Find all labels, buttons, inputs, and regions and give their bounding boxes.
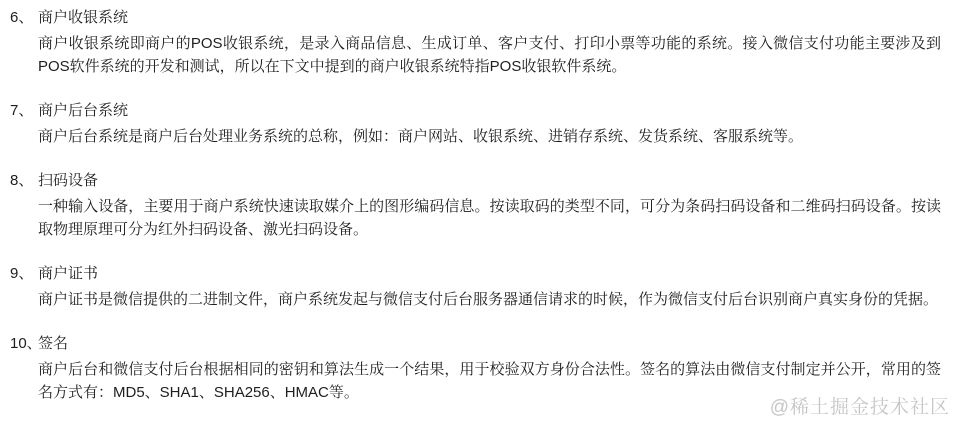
term-definition: 一种输入设备，主要用于商户系统快速读取媒介上的图形编码信息。按读取码的类型不同，… [38, 195, 941, 241]
item-number: 10、 [10, 332, 38, 355]
term-text: 商户证书 [38, 262, 941, 285]
item-number: 6、 [10, 6, 38, 29]
glossary-item-9: 9、 商户证书 商户证书是微信提供的二进制文件，商户系统发起与微信支付后台服务器… [10, 262, 941, 311]
term-definition: 商户后台系统是商户后台处理业务系统的总称，例如：商户网站、收银系统、进销存系统、… [38, 125, 941, 148]
glossary-item-6: 6、 商户收银系统 商户收银系统即商户的POS收银系统，是录入商品信息、生成订单… [10, 6, 941, 78]
term-text: 扫码设备 [38, 169, 941, 192]
term-definition: 商户收银系统即商户的POS收银系统，是录入商品信息、生成订单、客户支付、打印小票… [38, 32, 941, 78]
term-text: 签名 [38, 332, 941, 355]
term-text: 商户后台系统 [38, 99, 941, 122]
term-heading: 10、 签名 [10, 332, 941, 355]
watermark: @稀土掘金技术社区 [770, 398, 950, 417]
term-heading: 9、 商户证书 [10, 262, 941, 285]
glossary-item-10: 10、 签名 商户后台和微信支付后台根据相同的密钥和算法生成一个结果，用于校验双… [10, 332, 941, 404]
item-number: 7、 [10, 99, 38, 122]
term-definition: 商户证书是微信提供的二进制文件，商户系统发起与微信支付后台服务器通信请求的时候，… [38, 288, 941, 311]
item-number: 8、 [10, 169, 38, 192]
term-text: 商户收银系统 [38, 6, 941, 29]
glossary-item-8: 8、 扫码设备 一种输入设备，主要用于商户系统快速读取媒介上的图形编码信息。按读… [10, 169, 941, 241]
term-heading: 8、 扫码设备 [10, 169, 941, 192]
document-page: 6、 商户收银系统 商户收银系统即商户的POS收银系统，是录入商品信息、生成订单… [0, 0, 955, 421]
item-number: 9、 [10, 262, 38, 285]
term-heading: 6、 商户收银系统 [10, 6, 941, 29]
glossary-item-7: 7、 商户后台系统 商户后台系统是商户后台处理业务系统的总称，例如：商户网站、收… [10, 99, 941, 148]
term-heading: 7、 商户后台系统 [10, 99, 941, 122]
